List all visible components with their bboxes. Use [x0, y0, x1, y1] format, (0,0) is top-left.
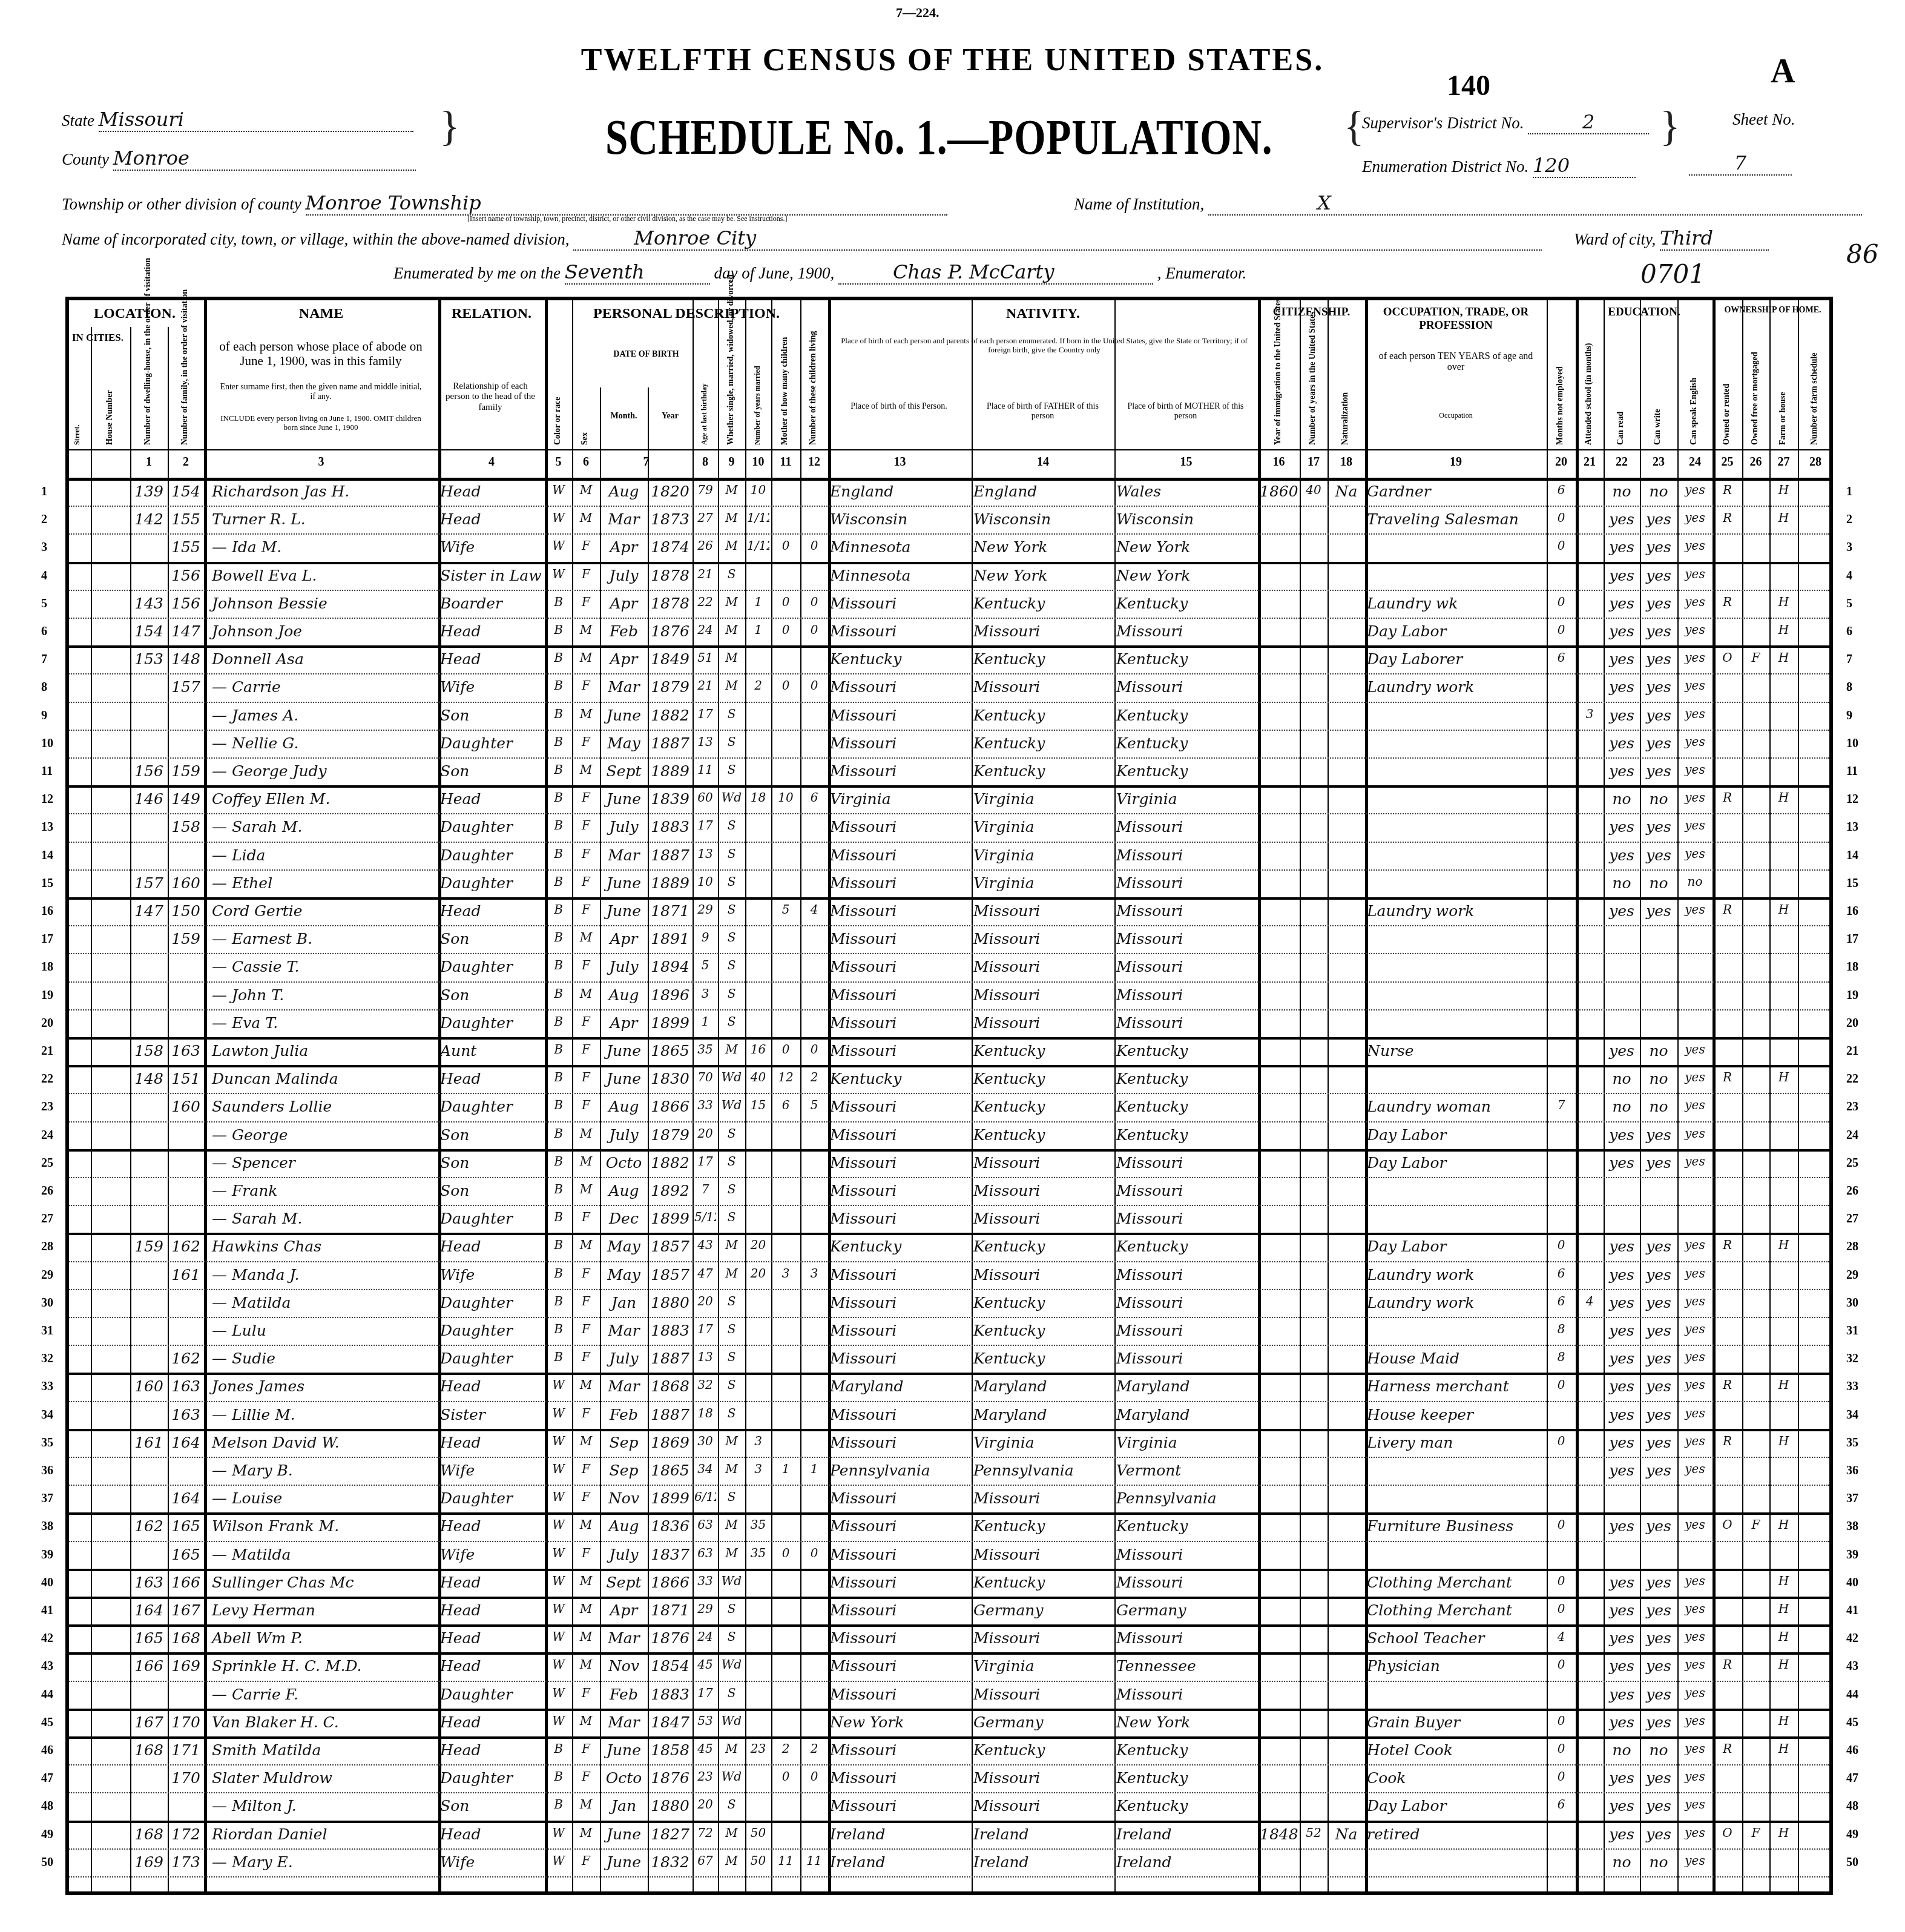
cell-read: yes: [1605, 538, 1638, 556]
cell-color: B: [547, 1797, 570, 1812]
cell-write: yes: [1642, 707, 1676, 724]
row-number-left: 32: [41, 1352, 53, 1366]
cell-ym: 50: [747, 1825, 769, 1840]
township-note: [Insert name of township, town, precinct…: [467, 214, 788, 223]
cell-sex: F: [574, 1294, 598, 1308]
cell-month: Feb: [602, 1406, 646, 1423]
cell-age: 9: [694, 930, 716, 945]
cell-month: June: [602, 707, 646, 724]
cell-bf: Kentucky: [973, 1070, 1113, 1087]
cell-eng: yes: [1679, 567, 1711, 581]
cell-own: R: [1714, 790, 1740, 805]
cell-bp: Wisconsin: [830, 510, 970, 528]
cell-rel: Wife: [440, 678, 543, 696]
cell-cl: 0: [802, 538, 826, 553]
cell-color: B: [547, 930, 570, 945]
cell-name: — Matilda: [206, 1294, 443, 1311]
cell-name: — Ida M.: [206, 538, 443, 556]
cell-read: no: [1605, 1741, 1638, 1759]
row-number-left: 12: [41, 793, 53, 806]
cell-bf: Kentucky: [973, 1126, 1113, 1144]
cell-occ: retired: [1367, 1825, 1545, 1843]
cell-write: yes: [1642, 762, 1676, 780]
cell-color: W: [547, 1825, 570, 1840]
cell-read: yes: [1605, 818, 1638, 836]
row-divider: [69, 1848, 1829, 1850]
row-number-left: 31: [41, 1324, 53, 1338]
cell-year: 1854: [650, 1657, 691, 1675]
cell-mar: M: [720, 678, 743, 693]
cell-bp: Missouri: [830, 1546, 970, 1563]
cell-bp: Missouri: [830, 595, 970, 612]
cell-month: Aug: [602, 1517, 646, 1535]
cell-sex: F: [574, 1489, 598, 1504]
cell-ym: 50: [747, 1853, 769, 1868]
row-divider: [69, 1652, 1829, 1655]
cell-free: F: [1744, 650, 1768, 665]
cell-dw: 143: [132, 595, 166, 612]
row-divider: [69, 1233, 1829, 1235]
cell-rel: Aunt: [440, 1042, 543, 1060]
cell-age: 13: [694, 846, 716, 861]
cell-read: no: [1605, 1070, 1638, 1087]
cell-bm: Missouri: [1116, 1546, 1256, 1563]
cell-rel: Daughter: [440, 818, 543, 836]
cell-bf: Missouri: [973, 622, 1113, 640]
cell-fam: 163: [169, 1377, 202, 1395]
cell-year: 1887: [650, 1406, 691, 1423]
row-number-right: 17: [1846, 932, 1858, 946]
row-number-left: 40: [41, 1576, 53, 1590]
cell-eng: yes: [1679, 846, 1711, 861]
cell-bp: Missouri: [830, 958, 970, 975]
cell-bf: Kentucky: [973, 1238, 1113, 1255]
cell-eng: yes: [1679, 1322, 1711, 1336]
cell-ym: 3: [747, 1434, 769, 1448]
cell-dw: 159: [132, 1238, 166, 1255]
cell-sex: F: [574, 1686, 598, 1700]
cell-fam: 171: [169, 1741, 202, 1759]
cell-mar: S: [720, 874, 743, 889]
institution-label: Name of Institution,: [1074, 195, 1204, 213]
cell-fam: 172: [169, 1825, 202, 1843]
cell-bf: Wisconsin: [973, 510, 1113, 528]
cell-month: Jan: [602, 1797, 646, 1815]
cell-ym: 20: [747, 1266, 769, 1281]
cell-rel: Head: [440, 650, 543, 668]
row-number-right: 42: [1846, 1632, 1858, 1646]
cell-own: R: [1714, 1377, 1740, 1392]
row-number-right: 49: [1846, 1828, 1858, 1842]
cell-bf: Missouri: [973, 1797, 1113, 1815]
row-number-left: 33: [41, 1380, 53, 1394]
cell-unemp: 0: [1548, 1517, 1574, 1532]
cell-farm: H: [1771, 510, 1796, 525]
cell-bm: Missouri: [1116, 622, 1256, 640]
cell-name: Slater Muldrow: [206, 1769, 443, 1787]
left-brace: }: [439, 103, 460, 151]
cell-fam: 155: [169, 510, 202, 528]
column-number: 28: [1798, 455, 1833, 469]
row-divider: [69, 1709, 1829, 1711]
cell-bp: Missouri: [830, 1489, 970, 1507]
cell-mo: 11: [773, 1853, 798, 1868]
cell-color: B: [547, 1126, 570, 1141]
cell-eng: yes: [1679, 510, 1711, 525]
cell-fam: 173: [169, 1853, 202, 1871]
cell-year: 1876: [650, 1629, 691, 1647]
cell-year: 1820: [650, 483, 691, 500]
cell-bm: Vermont: [1116, 1462, 1256, 1479]
cell-eng: yes: [1679, 1769, 1711, 1784]
cell-name: — Cassie T.: [206, 958, 443, 975]
row-number-right: 11: [1846, 765, 1858, 779]
cell-dw: 163: [132, 1574, 166, 1591]
row-number-left: 38: [41, 1520, 53, 1534]
cell-color: B: [547, 762, 570, 777]
cell-bp: Missouri: [830, 622, 970, 640]
cell-bf: Germany: [973, 1601, 1113, 1619]
cell-year: 1830: [650, 1070, 691, 1087]
cell-bf: Missouri: [973, 1686, 1113, 1703]
cell-sex: M: [574, 986, 598, 1001]
cell-rel: Wife: [440, 1546, 543, 1563]
cell-fam: 170: [169, 1769, 202, 1787]
cell-cl: 5: [802, 1098, 826, 1112]
row-divider: [69, 1541, 1829, 1542]
cell-sex: M: [574, 1154, 598, 1169]
cell-bf: Missouri: [973, 986, 1113, 1004]
column-number: 7: [600, 455, 693, 469]
county-value: Monroe: [113, 147, 416, 171]
row-number-left: 44: [41, 1688, 53, 1702]
cell-mar: Wd: [720, 1769, 743, 1784]
ward-field: Ward of city, Third: [1574, 226, 1769, 251]
cell-bp: Missouri: [830, 1629, 970, 1647]
row-number-left: 15: [41, 877, 53, 891]
row-number-right: 36: [1846, 1464, 1858, 1478]
cell-unemp: 7: [1548, 1098, 1574, 1112]
enumerator-name: Chas P. McCarty: [838, 260, 1153, 285]
cell-fam: 150: [169, 902, 202, 920]
column-number: 22: [1604, 455, 1640, 469]
cell-nat: Na: [1329, 1825, 1363, 1843]
cell-bf: Kentucky: [973, 1350, 1113, 1367]
cell-fam: 169: [169, 1657, 202, 1675]
cell-month: Apr: [602, 650, 646, 668]
cell-read: yes: [1605, 1462, 1638, 1479]
cell-read: no: [1605, 1853, 1638, 1871]
cell-year: 1871: [650, 1601, 691, 1619]
cell-bf: Maryland: [973, 1377, 1113, 1395]
cell-read: yes: [1605, 1517, 1638, 1535]
cell-year: 1899: [650, 1014, 691, 1032]
cell-name: — James A.: [206, 707, 443, 724]
cell-occ: Laundry work: [1367, 1294, 1545, 1311]
cell-age: 11: [694, 762, 716, 777]
cell-fam: 168: [169, 1629, 202, 1647]
row-number-left: 41: [41, 1604, 53, 1618]
ownership-group-header: OWNERSHIP OF HOME.: [1713, 306, 1833, 324]
cell-own: R: [1714, 1238, 1740, 1252]
cell-age: 17: [694, 818, 716, 832]
cell-name: Donnell Asa: [206, 650, 443, 668]
cell-name: — Mary E.: [206, 1853, 443, 1871]
row-number-left: 45: [41, 1716, 53, 1730]
vertical-header-dwelling: Number of dwelling-house, in the order o…: [143, 351, 153, 445]
township-field: Township or other division of county Mon…: [62, 191, 947, 216]
cell-own: O: [1714, 1825, 1740, 1840]
cell-cl: 0: [802, 1769, 826, 1784]
cell-fam: 160: [169, 874, 202, 892]
cell-rel: Head: [440, 1238, 543, 1255]
cell-bm: Missouri: [1116, 1322, 1256, 1339]
cell-color: W: [547, 1713, 570, 1728]
cell-unemp: 0: [1548, 595, 1574, 609]
cell-year: 1832: [650, 1853, 691, 1871]
cell-name: — Lillie M.: [206, 1406, 443, 1423]
vertical-header-attended-school: Attended school (in months): [1584, 351, 1594, 445]
cell-rel: Head: [440, 510, 543, 528]
cell-fam: 156: [169, 595, 202, 612]
cell-bp: Missouri: [830, 1406, 970, 1423]
cell-occ: Physician: [1367, 1657, 1545, 1675]
cell-fam: 154: [169, 483, 202, 500]
cell-mar: S: [720, 846, 743, 861]
cell-cl: 6: [802, 790, 826, 805]
row-divider: [69, 1792, 1829, 1793]
cell-bm: Missouri: [1116, 1294, 1256, 1311]
row-divider: [69, 1149, 1829, 1152]
cell-farm: H: [1771, 902, 1796, 917]
cell-bm: Kentucky: [1116, 1517, 1256, 1535]
cell-color: B: [547, 1210, 570, 1224]
cell-bf: Virginia: [973, 790, 1113, 808]
cell-color: W: [547, 1574, 570, 1588]
cell-sex: M: [574, 930, 598, 945]
cell-dw: 168: [132, 1741, 166, 1759]
cell-read: yes: [1605, 1601, 1638, 1619]
row-number-left: 4: [41, 569, 47, 583]
cell-mar: M: [720, 1825, 743, 1840]
cell-bm: New York: [1116, 538, 1256, 556]
row-number-left: 14: [41, 849, 53, 863]
cell-read: yes: [1605, 1406, 1638, 1423]
cell-name: — Frank: [206, 1182, 443, 1199]
cell-bp: Kentucky: [830, 650, 970, 668]
cell-bf: Missouri: [973, 958, 1113, 975]
cell-bf: Missouri: [973, 1629, 1113, 1647]
cell-unemp: 6: [1548, 1266, 1574, 1281]
cell-occ: Gardner: [1367, 483, 1545, 500]
row-number-left: 27: [41, 1212, 53, 1226]
row-divider: [69, 1121, 1829, 1123]
row-number-right: 47: [1846, 1772, 1858, 1785]
cell-dw: 168: [132, 1825, 166, 1843]
row-number-left: 47: [41, 1772, 53, 1785]
cell-name: Johnson Joe: [206, 622, 443, 640]
cell-unemp: 0: [1548, 1741, 1574, 1756]
cell-eng: yes: [1679, 1853, 1711, 1868]
vertical-header-age: Age at last birthday: [700, 351, 709, 445]
cell-cl: 0: [802, 678, 826, 693]
cell-age: 1: [694, 1014, 716, 1029]
cell-year: 1882: [650, 707, 691, 724]
cell-month: Aug: [602, 1182, 646, 1199]
row-divider: [69, 533, 1829, 535]
cell-month: Mar: [602, 1713, 646, 1731]
cell-month: June: [602, 1070, 646, 1087]
cell-color: B: [547, 790, 570, 805]
cell-mar: Wd: [720, 1098, 743, 1112]
cell-bm: Missouri: [1116, 1014, 1256, 1032]
cell-year: 1891: [650, 930, 691, 948]
cell-rel: Head: [440, 1657, 543, 1675]
cell-name: Cord Gertie: [206, 902, 443, 920]
cell-color: W: [547, 1686, 570, 1700]
cell-age: 21: [694, 678, 716, 693]
cell-bm: Missouri: [1116, 874, 1256, 892]
cell-write: yes: [1642, 538, 1676, 556]
cell-yus: 52: [1301, 1825, 1326, 1840]
row-number-left: 50: [41, 1856, 53, 1870]
cell-age: 45: [694, 1741, 716, 1756]
cell-write: yes: [1642, 1377, 1676, 1395]
cell-read: no: [1605, 483, 1638, 500]
cell-sex: F: [574, 1546, 598, 1560]
cell-unemp: 0: [1548, 1574, 1574, 1588]
row-number-right: 30: [1846, 1296, 1858, 1310]
cell-eng: yes: [1679, 1434, 1711, 1448]
cell-rel: Head: [440, 483, 543, 500]
supervisor-label: Supervisor's District No.: [1362, 114, 1524, 132]
row-divider: [69, 897, 1829, 900]
column-number: 25: [1713, 455, 1742, 469]
row-divider: [69, 842, 1829, 843]
cell-occ: Livery man: [1367, 1434, 1545, 1451]
cell-year: 1882: [650, 1154, 691, 1172]
cell-month: June: [602, 1042, 646, 1060]
cell-month: June: [602, 902, 646, 920]
row-number-left: 23: [41, 1100, 53, 1114]
cell-eng: yes: [1679, 902, 1711, 917]
vertical-header-marital: Whether single, married, widowed, or div…: [726, 351, 736, 445]
row-number-left: 7: [41, 653, 47, 667]
name-include-note: INCLUDE every person living on June 1, 1…: [218, 414, 424, 432]
cell-mar: S: [720, 1601, 743, 1616]
vertical-header-months-unemployed: Months not employed: [1556, 351, 1565, 445]
row-number-left: 36: [41, 1464, 53, 1478]
cell-year: 1874: [650, 538, 691, 556]
cell-year: 1879: [650, 1126, 691, 1144]
cell-occ: Laundry work: [1367, 678, 1545, 696]
cell-bp: Missouri: [830, 846, 970, 864]
cell-month: Apr: [602, 1014, 646, 1032]
cell-ym: 2: [747, 678, 769, 693]
cell-age: 17: [694, 1686, 716, 1700]
cell-age: 34: [694, 1462, 716, 1476]
cell-write: yes: [1642, 1601, 1676, 1619]
cell-rel: Head: [440, 1377, 543, 1395]
row-number-right: 8: [1846, 681, 1852, 694]
form-number: 7—224.: [896, 5, 939, 21]
cell-name: — Sarah M.: [206, 1210, 443, 1227]
cell-month: Apr: [602, 930, 646, 948]
cell-read: yes: [1605, 1238, 1638, 1255]
cell-bp: Missouri: [830, 734, 970, 752]
row-number-right: 12: [1846, 793, 1858, 806]
row-divider: [69, 1289, 1829, 1290]
cell-farm: H: [1771, 483, 1796, 497]
cell-fam: 170: [169, 1713, 202, 1731]
cell-write: yes: [1642, 567, 1676, 584]
cell-write: yes: [1642, 1657, 1676, 1675]
cell-color: W: [547, 1853, 570, 1868]
cell-month: Nov: [602, 1657, 646, 1675]
column-number: 26: [1742, 455, 1769, 469]
cell-bf: Kentucky: [973, 1517, 1113, 1535]
cell-occ: Clothing Merchant: [1367, 1574, 1545, 1591]
ward-label: Ward of city,: [1574, 230, 1656, 248]
sheet-label: Sheet No.: [1732, 110, 1795, 129]
cell-month: Mar: [602, 846, 646, 864]
cell-year: 1857: [650, 1266, 691, 1284]
row-divider: [69, 1373, 1829, 1375]
cell-mo: 10: [773, 790, 798, 805]
cell-month: June: [602, 1853, 646, 1871]
cell-sex: F: [574, 734, 598, 749]
cell-age: 13: [694, 734, 716, 749]
cell-month: Aug: [602, 1098, 646, 1115]
cell-unemp: 0: [1548, 510, 1574, 525]
cell-nat: Na: [1329, 483, 1363, 500]
cell-month: Sept: [602, 762, 646, 780]
cell-bm: Kentucky: [1116, 1769, 1256, 1787]
cell-write: yes: [1642, 846, 1676, 864]
cell-ym: 10: [747, 483, 769, 497]
cell-bp: Missouri: [830, 1574, 970, 1591]
column-number: 4: [438, 455, 545, 469]
cell-age: 20: [694, 1797, 716, 1812]
cell-occ: Clothing Merchant: [1367, 1601, 1545, 1619]
cell-write: no: [1642, 790, 1676, 808]
cell-color: B: [547, 1182, 570, 1196]
header-divider: [69, 449, 1829, 450]
cell-read: yes: [1605, 1713, 1638, 1731]
cell-read: yes: [1605, 1126, 1638, 1144]
cell-read: yes: [1605, 902, 1638, 920]
cell-bm: Missouri: [1116, 1629, 1256, 1647]
cell-color: W: [547, 1377, 570, 1392]
cell-bp: Missouri: [830, 1434, 970, 1451]
cell-mar: Wd: [720, 1657, 743, 1672]
cell-fam: 162: [169, 1350, 202, 1367]
cell-dw: 162: [132, 1517, 166, 1535]
column-number: 11: [771, 455, 800, 469]
row-divider: [69, 1429, 1829, 1431]
row-number-right: 21: [1846, 1044, 1858, 1058]
cell-farm: H: [1771, 1377, 1796, 1392]
row-number-left: 21: [41, 1044, 53, 1058]
cell-month: Apr: [602, 538, 646, 556]
cell-bm: Missouri: [1116, 930, 1256, 948]
sheet-letter: A: [1771, 52, 1795, 91]
cell-age: 24: [694, 1629, 716, 1644]
row-number-right: 22: [1846, 1072, 1858, 1086]
vertical-header-naturalization: Naturalization: [1341, 351, 1351, 445]
vertical-header-house: House Number: [105, 351, 115, 445]
cell-bm: Wisconsin: [1116, 510, 1256, 528]
